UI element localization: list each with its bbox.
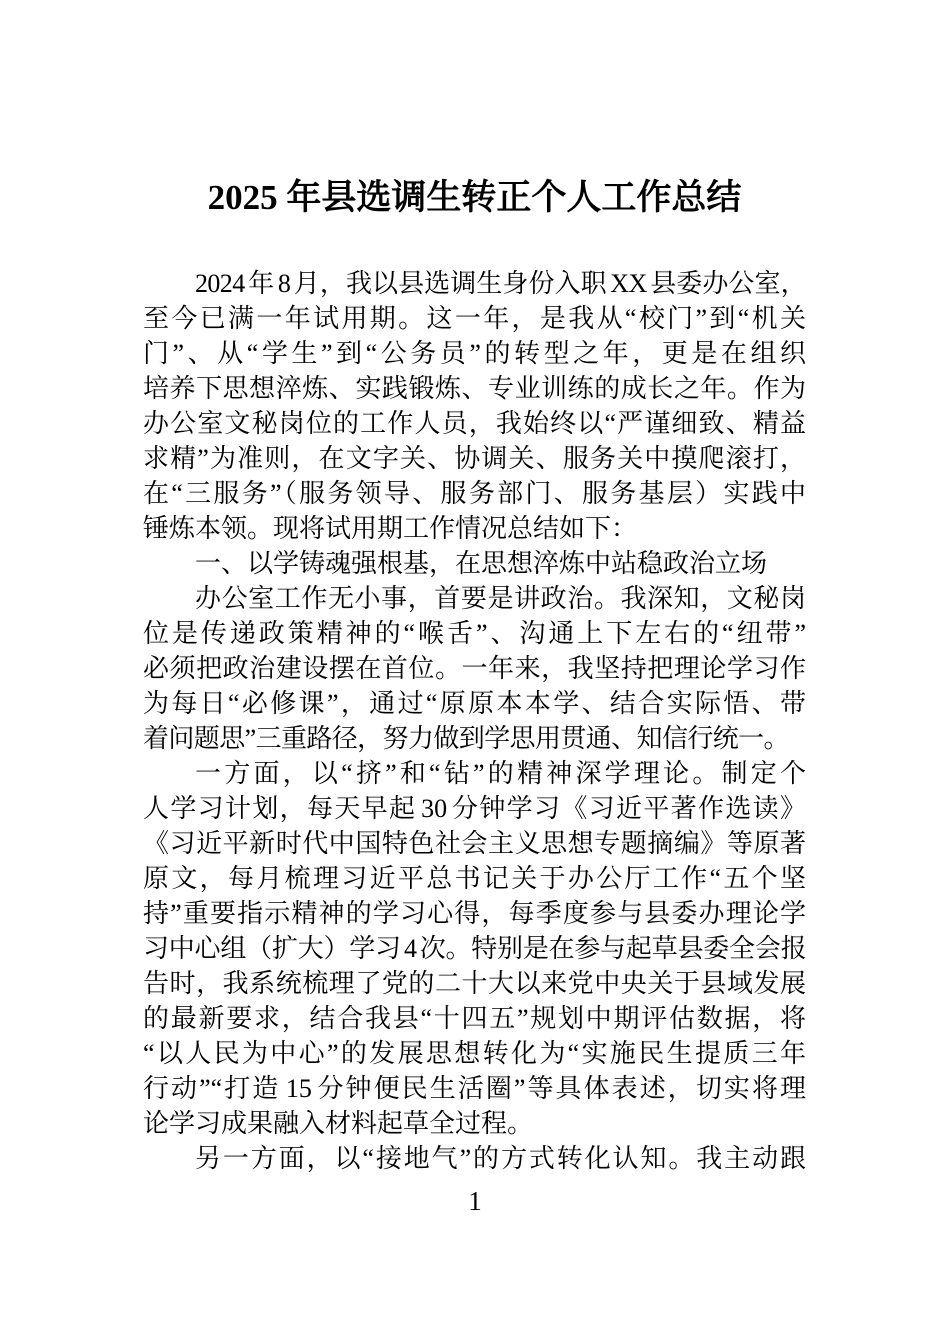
paragraph: 办公室工作无小事，首要是讲政治。我深知，文秘岗位是传递政策精神的“喉舌”、沟通上… — [143, 581, 806, 756]
document-page: 2025 年县选调生转正个人工作总结 2024 年 8 月，我以县选调生身份入职… — [0, 0, 950, 1344]
paragraph: 一方面，以“挤”和“钻”的精神深学理论。制定个人学习计划，每天早起 30 分钟学… — [143, 756, 806, 1141]
text-line: 持”重要指示精神的学习心得，每季度参与县委办理论学 — [143, 896, 806, 931]
text-line: 培养下思想淬炼、实践锻炼、专业训练的成长之年。作为 — [143, 371, 806, 406]
text-line: 人学习计划，每天早起 30 分钟学习《习近平著作选读》 — [143, 791, 806, 826]
text-line: 办公室工作无小事，首要是讲政治。我深知，文秘岗 — [143, 581, 806, 616]
text-line: 原文，每月梳理习近平总书记关于办公厅工作“五个坚 — [143, 861, 806, 896]
text-line: 行动”“打造 15 分钟便民生活圈”等具体表述，切实将理 — [143, 1071, 806, 1106]
text-line: 求精”为准则，在文字关、协调关、服务关中摸爬滚打， — [143, 441, 806, 476]
text-line: 另一方面，以“接地气”的方式转化认知。我主动跟 — [143, 1141, 806, 1176]
text-line: 的最新要求，结合我县“十四五”规划中期评估数据，将 — [143, 1001, 806, 1036]
text-line: 一、以学铸魂强根基，在思想淬炼中站稳政治立场 — [143, 546, 806, 581]
text-line: 一方面，以“挤”和“钻”的精神深学理论。制定个 — [143, 756, 806, 791]
text-line: 《习近平新时代中国特色社会主义思想专题摘编》等原著 — [143, 826, 806, 861]
text-line: 告时，我系统梳理了党的二十大以来党中央关于县域发展 — [143, 966, 806, 1001]
text-line: 锤炼本领。现将试用期工作情况总结如下： — [143, 511, 806, 546]
text-line: 门”、从“学生”到“公务员”的转型之年，更是在组织 — [143, 336, 806, 371]
text-line: 2024 年 8 月，我以县选调生身份入职 XX 县委办公室， — [143, 266, 806, 301]
text-line: 习中心组（扩大）学习 4 次。特别是在参与起草县委全会报 — [143, 931, 806, 966]
text-line: 论学习成果融入材料起草全过程。 — [143, 1106, 806, 1141]
text-line: 办公室文秘岗位的工作人员，我始终以“严谨细致、精益 — [143, 406, 806, 441]
text-line: 着问题思”三重路径，努力做到学思用贯通、知信行统一。 — [143, 721, 806, 756]
paragraph: 另一方面，以“接地气”的方式转化认知。我主动跟 — [143, 1141, 806, 1176]
document-body: 2024 年 8 月，我以县选调生身份入职 XX 县委办公室，至今已满一年试用期… — [143, 266, 806, 1176]
text-line: 为每日“必修课”，通过“原原本本学、结合实际悟、带 — [143, 686, 806, 721]
text-line: “以人民为中心”的发展思想转化为“实施民生提质三年 — [143, 1036, 806, 1071]
text-line: 位是传递政策精神的“喉舌”、沟通上下左右的“纽带” — [143, 616, 806, 651]
document-title: 2025 年县选调生转正个人工作总结 — [143, 172, 806, 224]
text-line: 在“三服务”（服务领导、服务部门、服务基层）实践中 — [143, 476, 806, 511]
section-heading: 一、以学铸魂强根基，在思想淬炼中站稳政治立场 — [143, 546, 806, 581]
text-line: 必须把政治建设摆在首位。一年来，我坚持把理论学习作 — [143, 651, 806, 686]
paragraph: 2024 年 8 月，我以县选调生身份入职 XX 县委办公室，至今已满一年试用期… — [143, 266, 806, 546]
text-line: 至今已满一年试用期。这一年，是我从“校门”到“机关 — [143, 301, 806, 336]
page-number: 1 — [0, 1184, 950, 1219]
